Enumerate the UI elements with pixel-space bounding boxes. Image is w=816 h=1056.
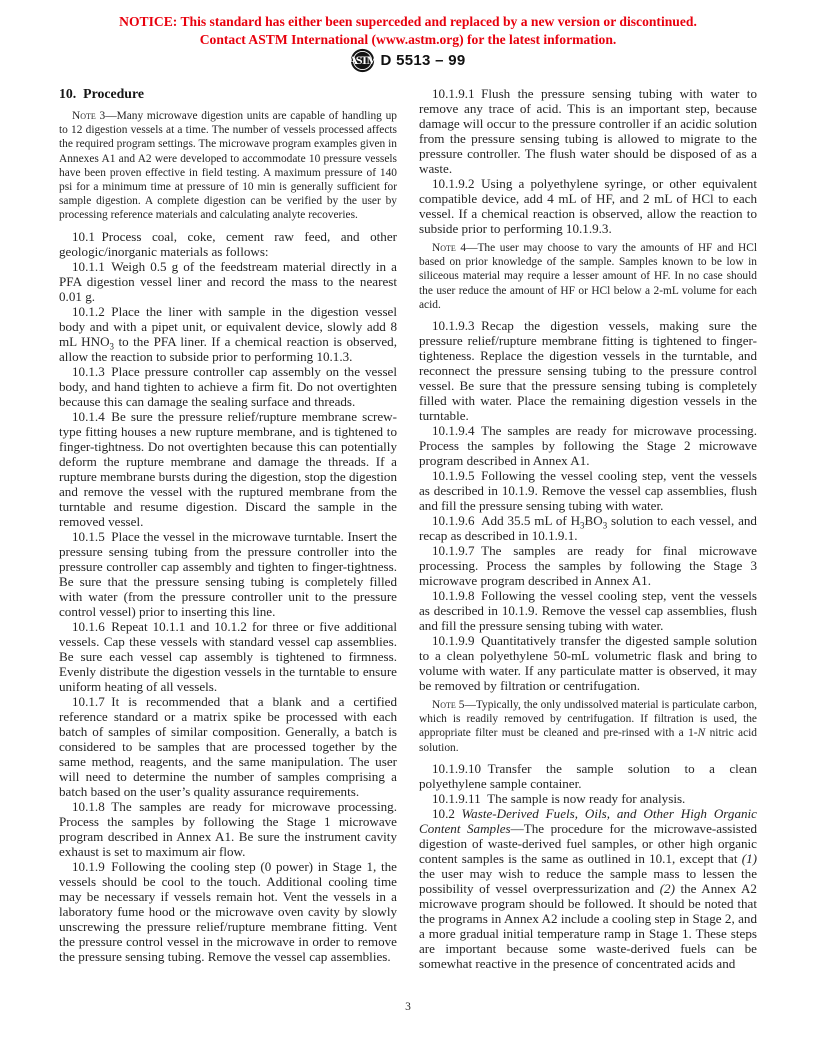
left-column: 10. ProcedureNote 3—Many microwave diges… (59, 86, 397, 971)
para-10-1-3: 10.1.3 Place pressure controller cap ass… (59, 364, 397, 409)
svg-text:ASTM: ASTM (350, 53, 375, 67)
para-10-1-9-11: 10.1.9.11 The sample is now ready for an… (419, 791, 757, 806)
para-10-1-9-10: 10.1.9.10 Transfer the sample solution t… (419, 761, 757, 791)
para-10-1-4: 10.1.4 Be sure the pressure relief/ruptu… (59, 409, 397, 529)
note-3: Note 3—Many microwave digestion units ar… (59, 109, 397, 223)
notice-line-2: Contact ASTM International (www.astm.org… (0, 31, 816, 49)
standard-designation: D 5513 – 99 (380, 52, 465, 69)
para-10-1-9-8: 10.1.9.8 Following the vessel cooling st… (419, 588, 757, 633)
para-10-1-9-4: 10.1.9.4 The samples are ready for micro… (419, 423, 757, 468)
section-10-heading: 10. Procedure (59, 86, 397, 102)
para-10-1-9: 10.1.9 Following the cooling step (0 pow… (59, 859, 397, 964)
para-10-1-1: 10.1.1 Weigh 0.5 g of the feedstream mat… (59, 259, 397, 304)
document-page: NOTICE: This standard has either been su… (0, 0, 816, 1056)
para-10-1-9-1: 10.1.9.1 Flush the pressure sensing tubi… (419, 86, 757, 176)
para-10-1-6: 10.1.6 Repeat 10.1.1 and 10.1.2 for thre… (59, 619, 397, 694)
two-column-body: 10. ProcedureNote 3—Many microwave diges… (59, 86, 758, 971)
supersession-notice: NOTICE: This standard has either been su… (0, 13, 816, 48)
right-column: 10.1.9.1 Flush the pressure sensing tubi… (419, 86, 757, 971)
page-number: 3 (0, 1001, 816, 1013)
para-10-1-2: 10.1.2 Place the liner with sample in th… (59, 304, 397, 364)
para-10-1-9-6: 10.1.9.6 Add 35.5 mL of H3BO3 solution t… (419, 513, 757, 543)
para-10-1-7: 10.1.7 It is recommended that a blank an… (59, 694, 397, 799)
para-10-2: 10.2 Waste-Derived Fuels, Oils, and Othe… (419, 806, 757, 971)
document-header: ASTM D 5513 – 99 (0, 48, 816, 73)
para-10-1-9-5: 10.1.9.5 Following the vessel cooling st… (419, 468, 757, 513)
astm-logo-icon: ASTM (350, 48, 375, 73)
para-10-1-8: 10.1.8 The samples are ready for microwa… (59, 799, 397, 859)
para-10-1-9-3: 10.1.9.3 Recap the digestion vessels, ma… (419, 318, 757, 423)
note-4: Note 4—The user may choose to vary the a… (419, 241, 757, 312)
para-10-1: 10.1 Process coal, coke, cement raw feed… (59, 229, 397, 259)
para-10-1-9-9: 10.1.9.9 Quantitatively transfer the dig… (419, 633, 757, 693)
para-10-1-9-7: 10.1.9.7 The samples are ready for final… (419, 543, 757, 588)
note-5: Note 5—Typically, the only undissolved m… (419, 698, 757, 755)
para-10-1-5: 10.1.5 Place the vessel in the microwave… (59, 529, 397, 619)
notice-line-1: NOTICE: This standard has either been su… (0, 13, 816, 31)
para-10-1-9-2: 10.1.9.2 Using a polyethylene syringe, o… (419, 176, 757, 236)
